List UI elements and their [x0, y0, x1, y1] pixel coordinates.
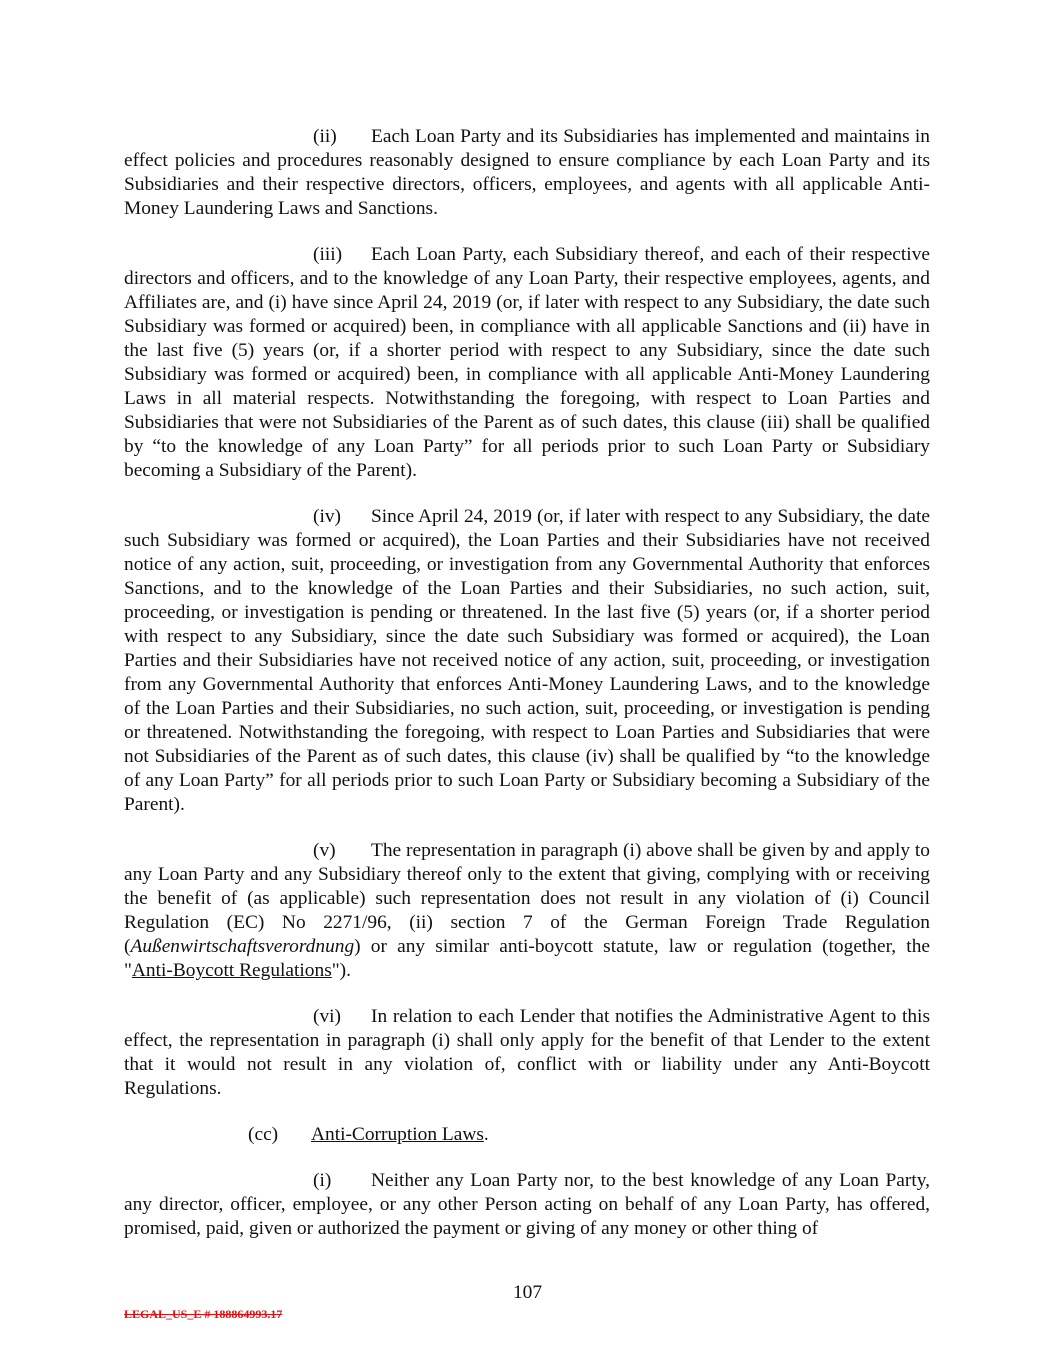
page-number: 107: [0, 1282, 1055, 1304]
german-term: Außenwirtschaftsverordnung: [130, 936, 354, 957]
paragraph-cc-i: (i)Neither any Loan Party nor, to the be…: [124, 1169, 930, 1241]
clause-number: (iv): [313, 505, 371, 529]
section-number: (cc): [248, 1123, 311, 1147]
paragraph-v: (v)The representation in paragraph (i) a…: [124, 839, 930, 983]
paragraph-vi: (vi)In relation to each Lender that noti…: [124, 1005, 930, 1101]
clause-number: (ii): [313, 125, 371, 149]
clause-text: Neither any Loan Party nor, to the best …: [124, 1170, 930, 1239]
clause-number: (vi): [313, 1005, 371, 1029]
paragraph-ii: (ii)Each Loan Party and its Subsidiaries…: [124, 125, 930, 221]
section-title: Anti-Corruption Laws: [311, 1124, 484, 1145]
document-body: (ii)Each Loan Party and its Subsidiaries…: [124, 125, 930, 1263]
clause-text: Each Loan Party, each Subsidiary thereof…: [124, 244, 930, 481]
clause-number: (iii): [313, 243, 371, 267]
paragraph-iv: (iv)Since April 24, 2019 (or, if later w…: [124, 505, 930, 817]
clause-text: In relation to each Lender that notifies…: [124, 1006, 930, 1099]
defined-term: Anti-Boycott Regulations: [132, 960, 332, 981]
clause-text: Each Loan Party and its Subsidiaries has…: [124, 126, 930, 219]
document-id-footer: LEGAL_US_E # 188864993.17: [124, 1307, 282, 1322]
clause-text: Since April 24, 2019 (or, if later with …: [124, 506, 930, 815]
clause-number: (v): [313, 839, 371, 863]
paragraph-iii: (iii)Each Loan Party, each Subsidiary th…: [124, 243, 930, 483]
section-heading-cc: (cc)Anti-Corruption Laws.: [124, 1123, 930, 1147]
clause-text: ").: [332, 960, 351, 981]
section-title-suffix: .: [484, 1124, 489, 1145]
clause-number: (i): [313, 1169, 371, 1193]
